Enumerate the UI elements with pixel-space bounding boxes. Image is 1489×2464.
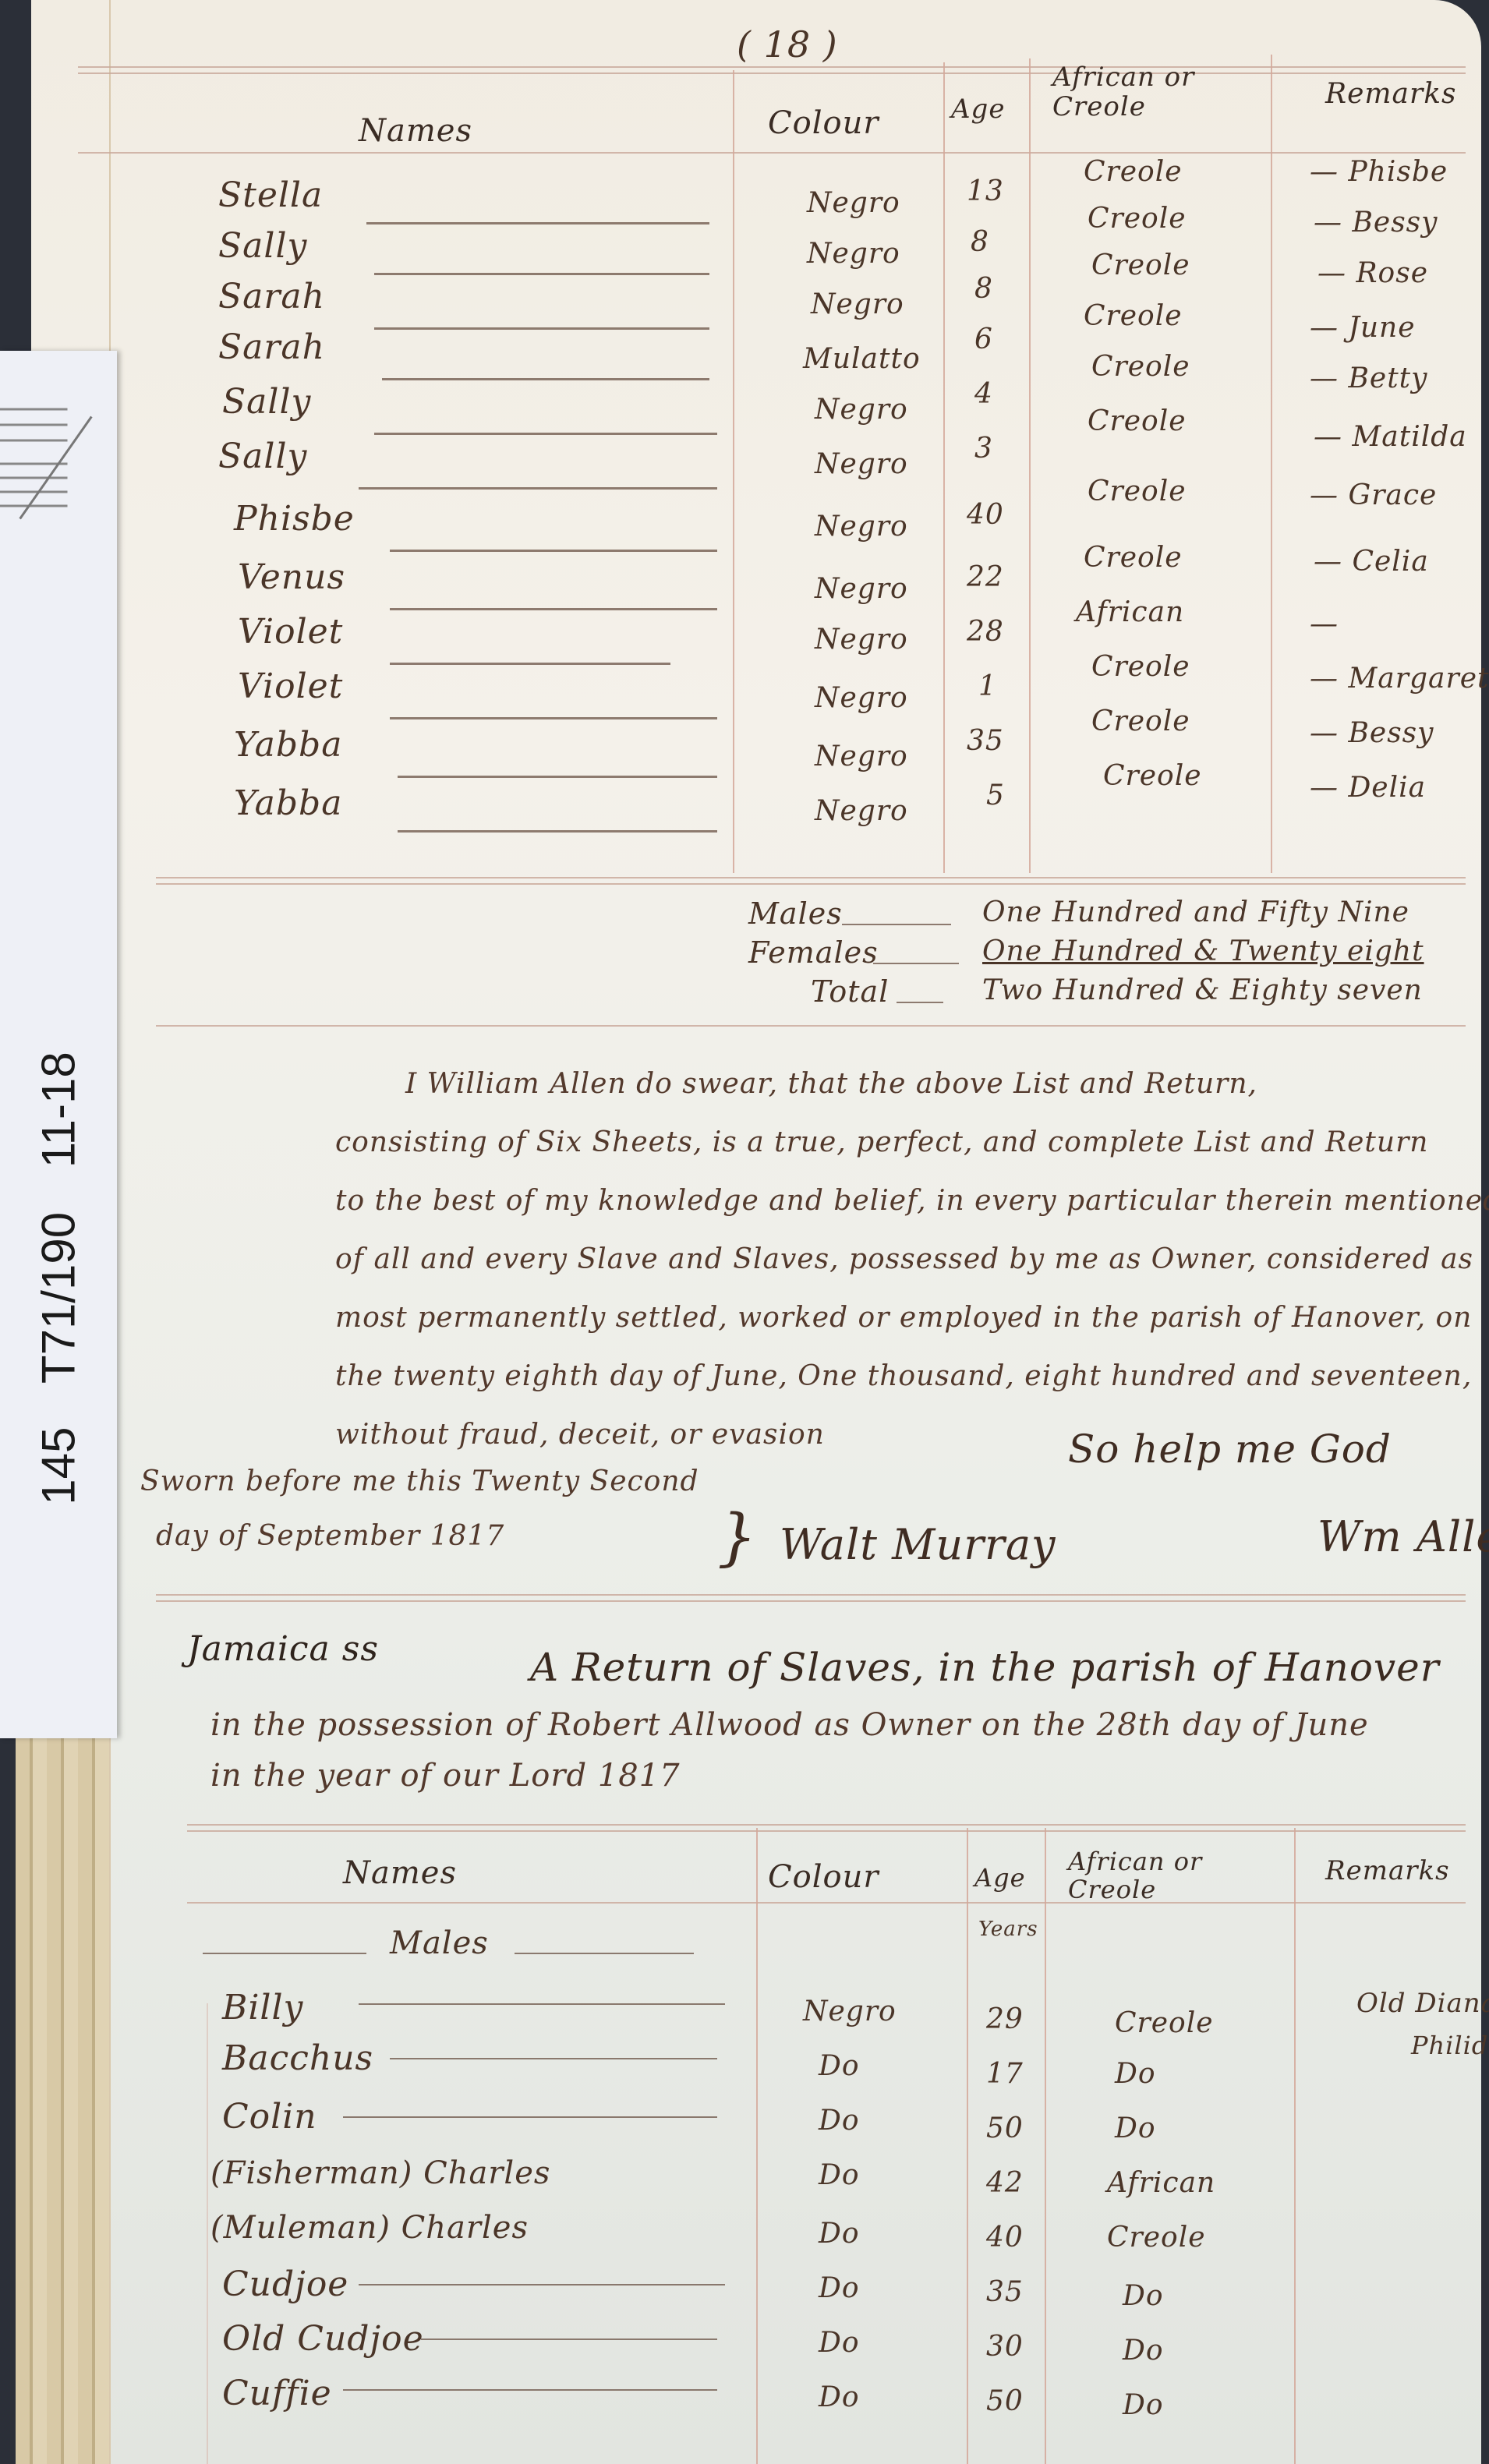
leader-line <box>873 963 959 964</box>
row-colour: Do <box>819 2381 860 2413</box>
row-remarks: — Margaret <box>1310 663 1489 695</box>
row-age: 6 <box>974 323 993 355</box>
row-colour: Negro <box>815 448 908 480</box>
row-colour: Do <box>819 2050 860 2082</box>
leader-line <box>382 378 709 380</box>
leader-line <box>390 550 717 552</box>
row-name: Cudjoe <box>222 2264 348 2304</box>
row-age: 5 <box>986 780 1005 811</box>
row-name: Violet <box>238 612 343 652</box>
females-label: Females <box>748 935 879 970</box>
page-edges <box>16 1738 109 2464</box>
row-age: 8 <box>974 273 993 305</box>
row-colour: Negro <box>807 238 900 270</box>
oath-closing: So help me God <box>1068 1426 1392 1472</box>
return-title: A Return of Slaves, in the parish of Han… <box>530 1645 1440 1690</box>
row-name: Sarah <box>218 277 325 316</box>
row-age: 29 <box>986 2003 1024 2035</box>
row-age: 50 <box>986 2385 1024 2417</box>
row-colour: Do <box>819 2327 860 2359</box>
bottom-header-bottom-rule <box>187 1902 1466 1904</box>
header-origin: African or Creole <box>1052 62 1224 122</box>
leader-line <box>398 776 717 778</box>
leader-line <box>203 1953 366 1954</box>
row-colour: Mulatto <box>803 343 921 375</box>
row-origin: Do <box>1123 2389 1164 2421</box>
jurisdiction: Jamaica ss <box>187 1629 379 1669</box>
row-remarks: Philida <box>1411 2031 1489 2060</box>
row-origin: Creole <box>1091 249 1190 281</box>
label-text: 145 T71/190 11-18 <box>32 1052 86 1505</box>
row-origin: Creole <box>1088 475 1187 507</box>
leader-line <box>390 608 717 610</box>
leader-line <box>398 830 717 833</box>
leader-line <box>374 327 709 330</box>
bottom-header-top-rule <box>187 1824 1466 1832</box>
row-remarks: — Phisbe <box>1310 156 1448 188</box>
row-remarks: — Celia <box>1314 546 1429 578</box>
total-value: Two Hundred & Eighty seven <box>982 974 1423 1006</box>
row-colour: Negro <box>803 1996 897 2027</box>
row-remarks: Old Diana <box>1356 1988 1489 2019</box>
row-name: (Fisherman) Charles <box>210 2155 550 2191</box>
row-age: 22 <box>967 561 1004 593</box>
row-name: Bacchus <box>222 2038 373 2078</box>
row-remarks: — Rose <box>1317 257 1428 289</box>
leader-line <box>842 924 951 925</box>
row-name: Yabba <box>234 725 342 765</box>
oath-line: consisting of Six Sheets, is a true, per… <box>335 1126 1428 1158</box>
row-name: Sally <box>218 226 307 266</box>
leader-line <box>374 273 709 275</box>
magistrate-signature: Walt Murray <box>780 1520 1056 1569</box>
return-line-3: in the year of our Lord 1817 <box>210 1758 681 1794</box>
row-colour: Do <box>819 2272 860 2304</box>
row-name: Violet <box>238 666 343 706</box>
leader-line <box>374 433 717 435</box>
header-colour: Colour <box>768 1859 879 1895</box>
age-unit: Years <box>978 1918 1038 1941</box>
header-names: Names <box>343 1855 457 1891</box>
row-name: Yabba <box>234 783 342 823</box>
row-origin: Creole <box>1091 351 1190 383</box>
header-remarks: Remarks <box>1325 1855 1450 1886</box>
header-remarks: Remarks <box>1325 78 1457 110</box>
row-age: 28 <box>967 616 1004 648</box>
column-divider <box>733 70 734 873</box>
oath-line: the twenty eighth day of June, One thous… <box>335 1360 1472 1392</box>
row-age: 40 <box>986 2222 1024 2254</box>
row-remarks: — Matilda <box>1314 421 1467 453</box>
row-age: 8 <box>971 226 989 258</box>
tally-mark <box>0 505 68 507</box>
column-divider <box>1294 1828 1296 2464</box>
row-age: 3 <box>974 433 993 465</box>
leader-line <box>343 2389 717 2391</box>
row-name: (Muleman) Charles <box>210 2210 529 2246</box>
row-origin: Creole <box>1107 2222 1206 2254</box>
row-colour: Negro <box>807 187 900 219</box>
row-age: 42 <box>986 2167 1024 2199</box>
row-origin: Do <box>1123 2335 1164 2367</box>
row-origin: Creole <box>1115 2007 1214 2039</box>
header-bottom-rule <box>78 152 1466 154</box>
leader-line <box>390 2058 717 2059</box>
header-origin: African or Creole <box>1068 1847 1240 1904</box>
header-age: Age <box>951 94 1005 125</box>
section-label-males: Males <box>390 1925 489 1961</box>
row-colour: Do <box>819 2159 860 2191</box>
row-name: Phisbe <box>234 499 355 539</box>
row-age: 50 <box>986 2112 1024 2144</box>
name-margin-line <box>207 2003 208 2464</box>
row-origin: Do <box>1115 2058 1156 2090</box>
row-origin: Creole <box>1088 405 1187 437</box>
oath-line: of all and every Slave and Slaves, posse… <box>335 1243 1473 1275</box>
reference-code: 145 T71/190 <box>33 1212 85 1505</box>
males-label: Males <box>748 896 843 931</box>
column-divider <box>1029 58 1031 873</box>
row-name: Sally <box>218 437 307 476</box>
row-name: Sally <box>222 382 311 422</box>
row-age: 17 <box>986 2058 1024 2090</box>
row-name: Cuffie <box>222 2374 332 2413</box>
header-top-rule <box>78 66 1466 74</box>
brace-symbol: } <box>717 1501 758 1573</box>
row-name: Billy <box>222 1988 303 2027</box>
females-value: One Hundred & Twenty eight <box>982 935 1424 967</box>
row-name: Sarah <box>218 327 325 367</box>
row-colour: Negro <box>815 573 908 605</box>
header-colour: Colour <box>768 105 879 141</box>
row-origin: Creole <box>1088 203 1187 235</box>
row-origin: African <box>1107 2167 1215 2199</box>
row-colour: Negro <box>811 288 904 320</box>
row-origin: Do <box>1115 2112 1156 2144</box>
row-remarks: — Betty <box>1310 362 1427 394</box>
column-divider <box>1045 1828 1046 2464</box>
row-colour: Negro <box>815 624 908 656</box>
row-name: Old Cudjoe <box>222 2319 424 2359</box>
row-remarks: — June <box>1310 312 1416 344</box>
page-range: 11-18 <box>33 1052 85 1168</box>
leader-line <box>343 2116 717 2118</box>
oath-line: most permanently settled, worked or empl… <box>335 1302 1472 1334</box>
leader-line <box>359 2003 725 2005</box>
row-name: Colin <box>222 2097 317 2137</box>
row-colour: Negro <box>815 394 908 426</box>
return-line-2: in the possession of Robert Allwood as O… <box>210 1707 1369 1743</box>
row-remarks: — Delia <box>1310 772 1426 804</box>
row-colour: Negro <box>815 795 908 827</box>
row-colour: Negro <box>815 741 908 772</box>
row-age: 1 <box>978 670 997 702</box>
leader-line <box>515 1953 694 1954</box>
row-colour: Negro <box>815 682 908 714</box>
totals-rule <box>156 877 1466 885</box>
row-age: 30 <box>986 2331 1024 2363</box>
row-origin: Creole <box>1084 156 1183 188</box>
tally-mark <box>0 424 68 426</box>
row-origin: Creole <box>1084 300 1183 332</box>
leader-line <box>359 2284 725 2285</box>
tally-strike <box>19 416 92 520</box>
row-name: Stella <box>218 175 323 215</box>
row-remarks: — <box>1310 608 1339 640</box>
tally-mark <box>0 477 68 479</box>
oath-line: I William Allen do swear, that the above… <box>405 1068 1257 1100</box>
tally-mark <box>0 440 68 442</box>
column-divider <box>967 1828 968 2464</box>
total-label: Total <box>811 974 889 1009</box>
row-origin: Creole <box>1103 760 1202 792</box>
leader-line <box>366 222 709 224</box>
row-age: 35 <box>986 2276 1024 2308</box>
leader-line <box>897 1002 943 1003</box>
leader-line <box>390 663 670 665</box>
header-names: Names <box>359 113 472 149</box>
totals-bottom-rule <box>156 1025 1466 1027</box>
page-number: ( 18 ) <box>737 23 838 65</box>
column-divider <box>1271 55 1272 873</box>
row-age: 35 <box>967 725 1004 757</box>
column-divider <box>756 1828 758 2464</box>
row-origin: Do <box>1123 2280 1164 2312</box>
ledger-page: ( 18 ) Names Colour Age African or Creol… <box>31 0 1481 2464</box>
tally-mark <box>0 408 68 411</box>
row-origin: Creole <box>1091 705 1190 737</box>
row-remarks: — Bessy <box>1314 207 1438 239</box>
leader-line <box>390 717 717 719</box>
row-colour: Do <box>819 2218 860 2250</box>
sworn-line-1: Sworn before me this Twenty Second <box>140 1465 699 1497</box>
oath-bottom-rule <box>156 1594 1466 1602</box>
row-colour: Negro <box>815 511 908 543</box>
column-divider <box>943 62 945 873</box>
row-remarks: — Bessy <box>1310 717 1434 749</box>
oath-line: without fraud, deceit, or evasion <box>335 1419 825 1451</box>
row-name: Venus <box>238 557 345 597</box>
row-origin: Creole <box>1091 651 1190 683</box>
leader-line <box>421 2339 717 2340</box>
tally-mark <box>0 491 68 493</box>
row-colour: Do <box>819 2105 860 2137</box>
row-age: 4 <box>974 378 993 410</box>
leader-line <box>359 487 717 490</box>
oath-line: to the best of my knowledge and belief, … <box>335 1185 1489 1217</box>
archive-reference-label: 145 T71/190 11-18 <box>0 351 117 1738</box>
owner-signature: Wm Allen <box>1317 1512 1489 1561</box>
row-origin: African <box>1076 596 1184 628</box>
row-origin: Creole <box>1084 542 1183 574</box>
males-value: One Hundred and Fifty Nine <box>982 896 1409 928</box>
row-remarks: — Grace <box>1310 479 1437 511</box>
row-age: 40 <box>967 499 1004 531</box>
sworn-line-2: day of September 1817 <box>156 1520 504 1552</box>
header-age: Age <box>974 1863 1026 1893</box>
row-age: 13 <box>967 175 1004 207</box>
